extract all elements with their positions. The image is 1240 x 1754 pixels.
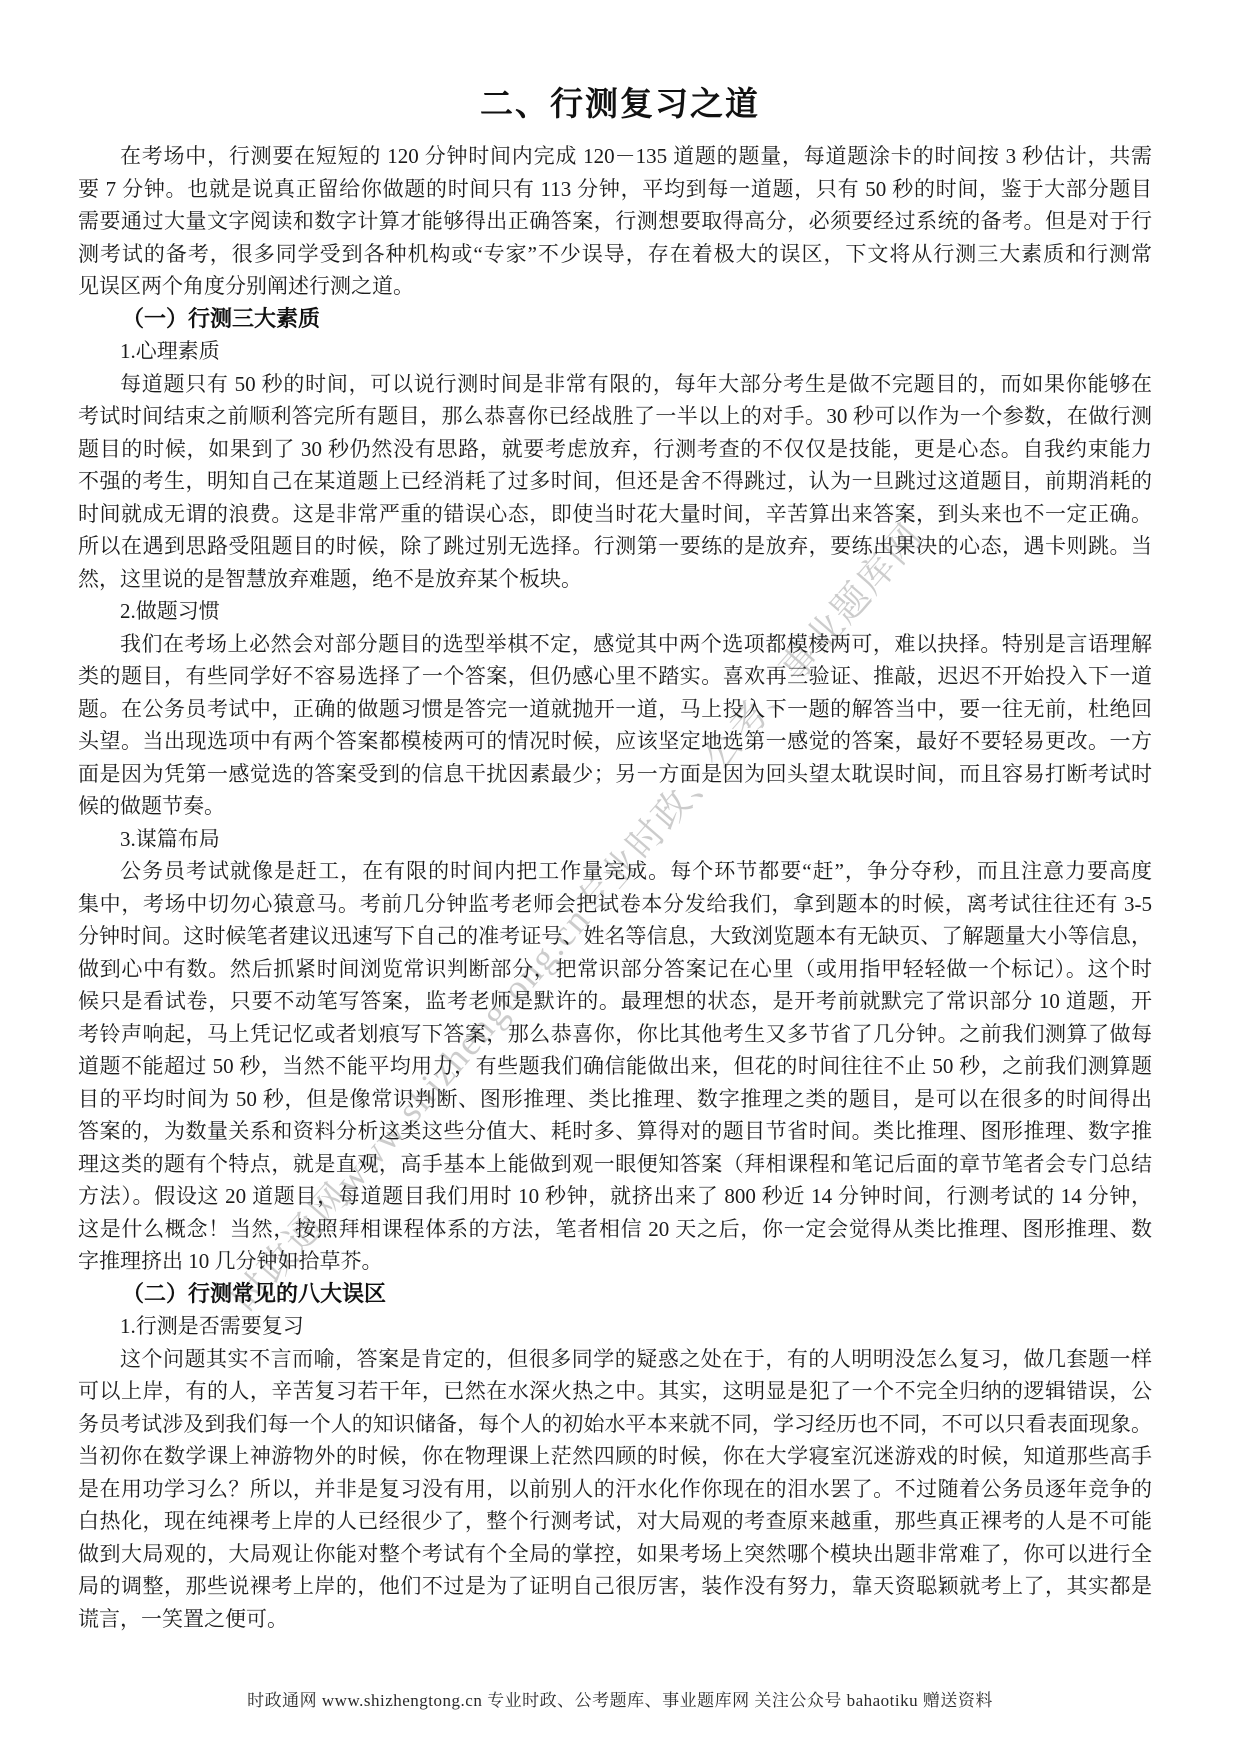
paragraph: 在考场中，行测要在短短的 120 分钟时间内完成 120－135 道题的题量，每… (78, 140, 1152, 303)
body-line: 这是什么概念！当然，按照拜相课程体系的方法，笔者相信 20 天之后，你一定会觉得… (78, 1213, 1152, 1246)
body-line: 类的题目，有些同学好不容易选择了一个答案，但仍感心里不踏实。喜欢再三验证、推敲，… (78, 660, 1152, 693)
body-line: 目的平均时间为 50 秒，但是像常识判断、图形推理、类比推理、数字推理之类的题目… (78, 1083, 1152, 1116)
body-line: 可以上岸，有的人，辛苦复习若干年，已然在水深火热之中。其实，这明显是犯了一个不完… (78, 1375, 1152, 1408)
body-line: 考铃声响起，马上凭记忆或者划痕写下答案，那么恭喜你，你比其他考生又多节省了几分钟… (78, 1018, 1152, 1051)
body-line: 每道题只有 50 秒的时间，可以说行测时间是非常有限的，每年大部分考生是做不完题… (78, 368, 1152, 401)
body-line: 我们在考场上必然会对部分题目的选型举棋不定，感觉其中两个选项都模棱两可，难以抉择… (78, 628, 1152, 661)
body-line: 所以在遇到思路受阻题目的时候，除了跳过别无选择。行测第一要练的是放弃，要练出果决… (78, 530, 1152, 563)
body-line: 见误区两个角度分别阐述行测之道。 (78, 270, 1152, 303)
section-heading: （一）行测三大素质 (78, 303, 1152, 336)
body-line: 时间就成无谓的浪费。这是非常严重的错误心态，即使当时花大量时间，辛苦算出来答案，… (78, 498, 1152, 531)
body-line: 题。在公务员考试中，正确的做题习惯是答完一道就抛开一道，马上投入下一题的解答当中… (78, 693, 1152, 726)
body-line: 字推理挤出 10 几分钟如拾草芥。 (78, 1245, 1152, 1278)
body-line: 道题不能超过 50 秒，当然不能平均用力，有些题我们确信能做出来，但花的时间往往… (78, 1050, 1152, 1083)
subsection-heading: 2.做题习惯 (78, 595, 1152, 628)
body-line: 测考试的备考，很多同学受到各种机构或“专家”不少误导，存在着极大的误区，下文将从… (78, 238, 1152, 271)
body-line: 在考场中，行测要在短短的 120 分钟时间内完成 120－135 道题的题量，每… (78, 140, 1152, 173)
body-line: 做到心中有数。然后抓紧时间浏览常识判断部分，把常识部分答案记在心里（或用指甲轻轻… (78, 953, 1152, 986)
subsection-heading: 3.谋篇布局 (78, 823, 1152, 856)
paragraph: 我们在考场上必然会对部分题目的选型举棋不定，感觉其中两个选项都模棱两可，难以抉择… (78, 628, 1152, 823)
body-line: 局的调整，那些说裸考上岸的，他们不过是为了证明自己很厉害，装作没有努力，靠天资聪… (78, 1570, 1152, 1603)
body-line: 需要通过大量文字阅读和数字计算才能够得出正确答案，行测想要取得高分，必须要经过系… (78, 205, 1152, 238)
body-line: 分钟时间。这时候笔者建议迅速写下自己的准考证号、姓名等信息，大致浏览题本有无缺页… (78, 920, 1152, 953)
body-line: 白热化，现在纯裸考上岸的人已经很少了，整个行测考试，对大局观的考查原来越重，那些… (78, 1505, 1152, 1538)
body-line: 集中，考场中切勿心猿意马。考前几分钟监考老师会把试卷本分发给我们，拿到题本的时候… (78, 888, 1152, 921)
paragraph: 这个问题其实不言而喻，答案是肯定的，但很多同学的疑惑之处在于，有的人明明没怎么复… (78, 1343, 1152, 1636)
subsection-heading: 1.行测是否需要复习 (78, 1310, 1152, 1343)
body-line: 当初你在数学课上神游物外的时候，你在物理课上茫然四顾的时候，你在大学寝室沉迷游戏… (78, 1440, 1152, 1473)
body-line: 要 7 分钟。也就是说真正留给你做题的时间只有 113 分钟，平均到每一道题，只… (78, 173, 1152, 206)
subsection-heading: 1.心理素质 (78, 335, 1152, 368)
body-line: 面是因为凭第一感觉选的答案受到的信息干扰因素最少；另一方面是因为回头望太耽误时间… (78, 758, 1152, 791)
body-line: 公务员考试就像是赶工，在有限的时间内把工作量完成。每个环节都要“赶”，争分夺秒，… (78, 855, 1152, 888)
paragraph: 公务员考试就像是赶工，在有限的时间内把工作量完成。每个环节都要“赶”，争分夺秒，… (78, 855, 1152, 1278)
body-line: 不强的考生，明知自己在某道题上已经消耗了过多时间，但还是舍不得跳过，认为一旦跳过… (78, 465, 1152, 498)
body-line: 理这类的题有个特点，就是直观，高手基本上能做到观一眼便知答案（拜相课程和笔记后面… (78, 1148, 1152, 1181)
page-title: 二、行测复习之道 (0, 0, 1240, 124)
footer-text: 时政通网 www.shizhengtong.cn 专业时政、公考题库、事业题库网… (0, 1686, 1240, 1711)
paragraph: 每道题只有 50 秒的时间，可以说行测时间是非常有限的，每年大部分考生是做不完题… (78, 368, 1152, 596)
body-line: 考试时间结束之前顺利答完所有题目，那么恭喜你已经战胜了一半以上的对手。30 秒可… (78, 400, 1152, 433)
document-page: 时政通网www.shizhengtong.cn专业时政、公考、事业题库网 二、行… (0, 0, 1240, 1754)
body-line: 然，这里说的是智慧放弃难题，绝不是放弃某个板块。 (78, 563, 1152, 596)
section-heading: （二）行测常见的八大误区 (78, 1278, 1152, 1311)
body-line: 务员考试涉及到我们每一个人的知识储备，每个人的初始水平本来就不同，学习经历也不同… (78, 1408, 1152, 1441)
body-line: 做到大局观的，大局观让你能对整个考试有个全局的掌控，如果考场上突然哪个模块出题非… (78, 1538, 1152, 1571)
body-line: 候的做题节奏。 (78, 790, 1152, 823)
body-line: 这个问题其实不言而喻，答案是肯定的，但很多同学的疑惑之处在于，有的人明明没怎么复… (78, 1343, 1152, 1376)
body-line: 答案的，为数量关系和资料分析这类这些分值大、耗时多、算得对的题目节省时间。类比推… (78, 1115, 1152, 1148)
body-line: 候只是看试卷，只要不动笔写答案，监考老师是默许的。最理想的状态，是开考前就默完了… (78, 985, 1152, 1018)
body-line: 方法）。假设这 20 道题目，每道题目我们用时 10 秒钟，就挤出来了 800 … (78, 1180, 1152, 1213)
body-line: 头望。当出现选项中有两个答案都模棱两可的情况时候，应该坚定地选第一感觉的答案，最… (78, 725, 1152, 758)
body-content: 在考场中，行测要在短短的 120 分钟时间内完成 120－135 道题的题量，每… (78, 140, 1152, 1635)
body-line: 谎言，一笑置之便可。 (78, 1603, 1152, 1636)
body-line: 题目的时候，如果到了 30 秒仍然没有思路，就要考虑放弃，行测考查的不仅仅是技能… (78, 433, 1152, 466)
body-line: 是在用功学习么？所以，并非是复习没有用，以前别人的汗水化作你现在的泪水罢了。不过… (78, 1473, 1152, 1506)
